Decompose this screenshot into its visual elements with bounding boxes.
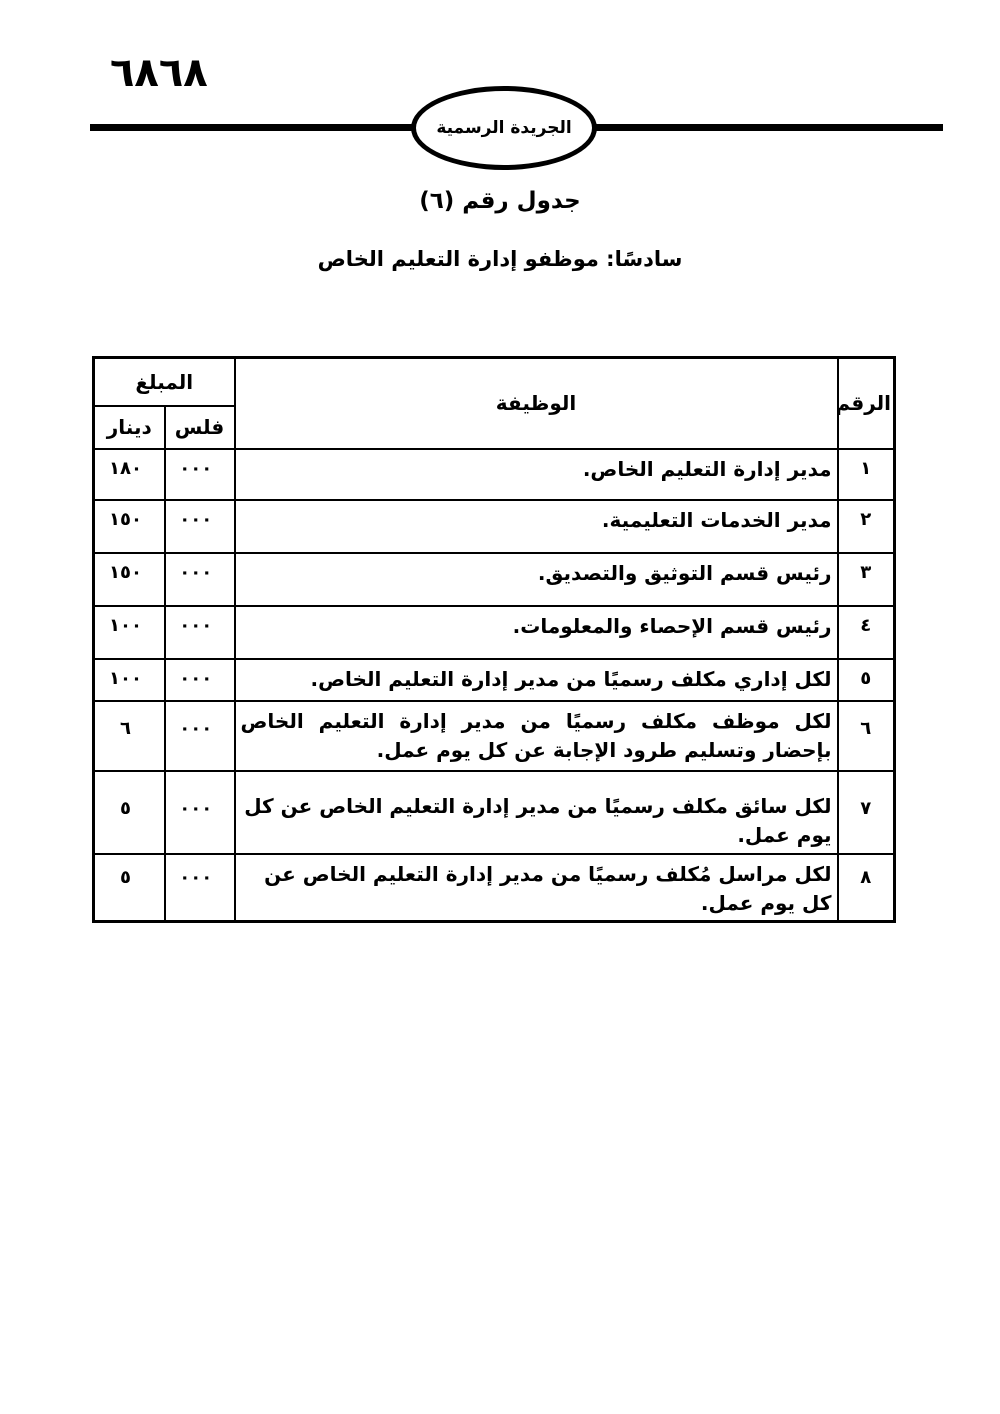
gazette-banner-label: الجريدة الرسمية (436, 118, 571, 138)
fils-value: ٠٠٠ (179, 615, 212, 636)
table-row: ٨ لكل مراسل مُكلف رسميًا من مدير إدارة ا… (94, 854, 895, 922)
header-amount: المبلغ (94, 358, 235, 406)
job-cell: رئيس قسم الإحصاء والمعلومات. (235, 606, 838, 659)
job-cell: لكل موظف مكلف رسميًا من مدير إدارة التعل… (235, 701, 838, 771)
dinar-cell: ١٨٠ (94, 449, 165, 500)
dinar-value: ١٥٠ (109, 509, 142, 530)
fils-value: ٠٠٠ (179, 458, 212, 479)
fils-value: ٠٠٠ (179, 668, 212, 689)
fils-cell: ٠٠٠ (165, 701, 235, 771)
table-row: ٤ رئيس قسم الإحصاء والمعلومات. ٠٠٠ ١٠٠ (94, 606, 895, 659)
dinar-cell: ١٥٠ (94, 553, 165, 606)
table-row: ١ مدير إدارة التعليم الخاص. ٠٠٠ ١٨٠ (94, 449, 895, 500)
table-title: جدول رقم (٦) (0, 188, 1000, 214)
gazette-banner: الجريدة الرسمية (411, 86, 597, 170)
table-row: ٣ رئيس قسم التوثيق والتصديق. ٠٠٠ ١٥٠ (94, 553, 895, 606)
fils-value: ٠٠٠ (179, 509, 212, 530)
dinar-cell: ٥ (94, 854, 165, 922)
dinar-value: ١٠٠ (109, 668, 142, 689)
fils-cell: ٠٠٠ (165, 500, 235, 553)
fils-cell: ٠٠٠ (165, 553, 235, 606)
table-row: ٢ مدير الخدمات التعليمية. ٠٠٠ ١٥٠ (94, 500, 895, 553)
dinar-cell: ٦ (94, 701, 165, 771)
fils-cell: ٠٠٠ (165, 771, 235, 854)
dinar-cell: ١٠٠ (94, 606, 165, 659)
fils-cell: ٠٠٠ (165, 659, 235, 701)
table-row: ٥ لكل إداري مكلف رسميًا من مدير إدارة ال… (94, 659, 895, 701)
job-cell: مدير إدارة التعليم الخاص. (235, 449, 838, 500)
job-cell: مدير الخدمات التعليمية. (235, 500, 838, 553)
dinar-value: ١٨٠ (109, 458, 142, 479)
job-cell: لكل إداري مكلف رسميًا من مدير إدارة التع… (235, 659, 838, 701)
dinar-value: ١٥٠ (109, 562, 142, 583)
job-cell: رئيس قسم التوثيق والتصديق. (235, 553, 838, 606)
row-number: ٧ (838, 771, 895, 854)
fils-value: ٠٠٠ (179, 562, 212, 583)
fils-cell: ٠٠٠ (165, 449, 235, 500)
row-number: ٥ (838, 659, 895, 701)
fils-cell: ٠٠٠ (165, 854, 235, 922)
table-row: ٦ لكل موظف مكلف رسميًا من مدير إدارة الت… (94, 701, 895, 771)
page-number: ٦٨٦٨ (110, 50, 208, 96)
fils-cell: ٠٠٠ (165, 606, 235, 659)
header-job: الوظيفة (235, 358, 838, 449)
gazette-page: ٦٨٦٨ الجريدة الرسمية جدول رقم (٦) سادسًا… (0, 0, 1000, 1414)
header-dinar: دينار (94, 406, 165, 449)
job-cell: لكل سائق مكلف رسميًا من مدير إدارة التعل… (235, 771, 838, 854)
header-fils: فلس (165, 406, 235, 449)
row-number: ٢ (838, 500, 895, 553)
dinar-value: ١٠٠ (109, 615, 142, 636)
row-number: ٤ (838, 606, 895, 659)
table-row: ٧ لكل سائق مكلف رسميًا من مدير إدارة الت… (94, 771, 895, 854)
job-cell: لكل مراسل مُكلف رسميًا من مدير إدارة الت… (235, 854, 838, 922)
fils-value: ٠٠٠ (179, 798, 212, 819)
dinar-cell: ٥ (94, 771, 165, 854)
dinar-value: ٦ (120, 718, 131, 739)
fils-value: ٠٠٠ (179, 718, 212, 739)
fees-table: الرقم الوظيفة المبلغ فلس دينار ١ مدير إد… (92, 356, 896, 923)
row-number: ١ (838, 449, 895, 500)
dinar-cell: ١٥٠ (94, 500, 165, 553)
row-number: ٨ (838, 854, 895, 922)
dinar-value: ٥ (120, 798, 131, 819)
row-number: ٣ (838, 553, 895, 606)
header-number: الرقم (838, 358, 895, 449)
table-header-row-top: الرقم الوظيفة المبلغ (94, 358, 895, 406)
section-title: سادسًا: موظفو إدارة التعليم الخاص (0, 247, 1000, 271)
fils-value: ٠٠٠ (179, 867, 212, 888)
dinar-value: ٥ (120, 867, 131, 888)
row-number: ٦ (838, 701, 895, 771)
dinar-cell: ١٠٠ (94, 659, 165, 701)
